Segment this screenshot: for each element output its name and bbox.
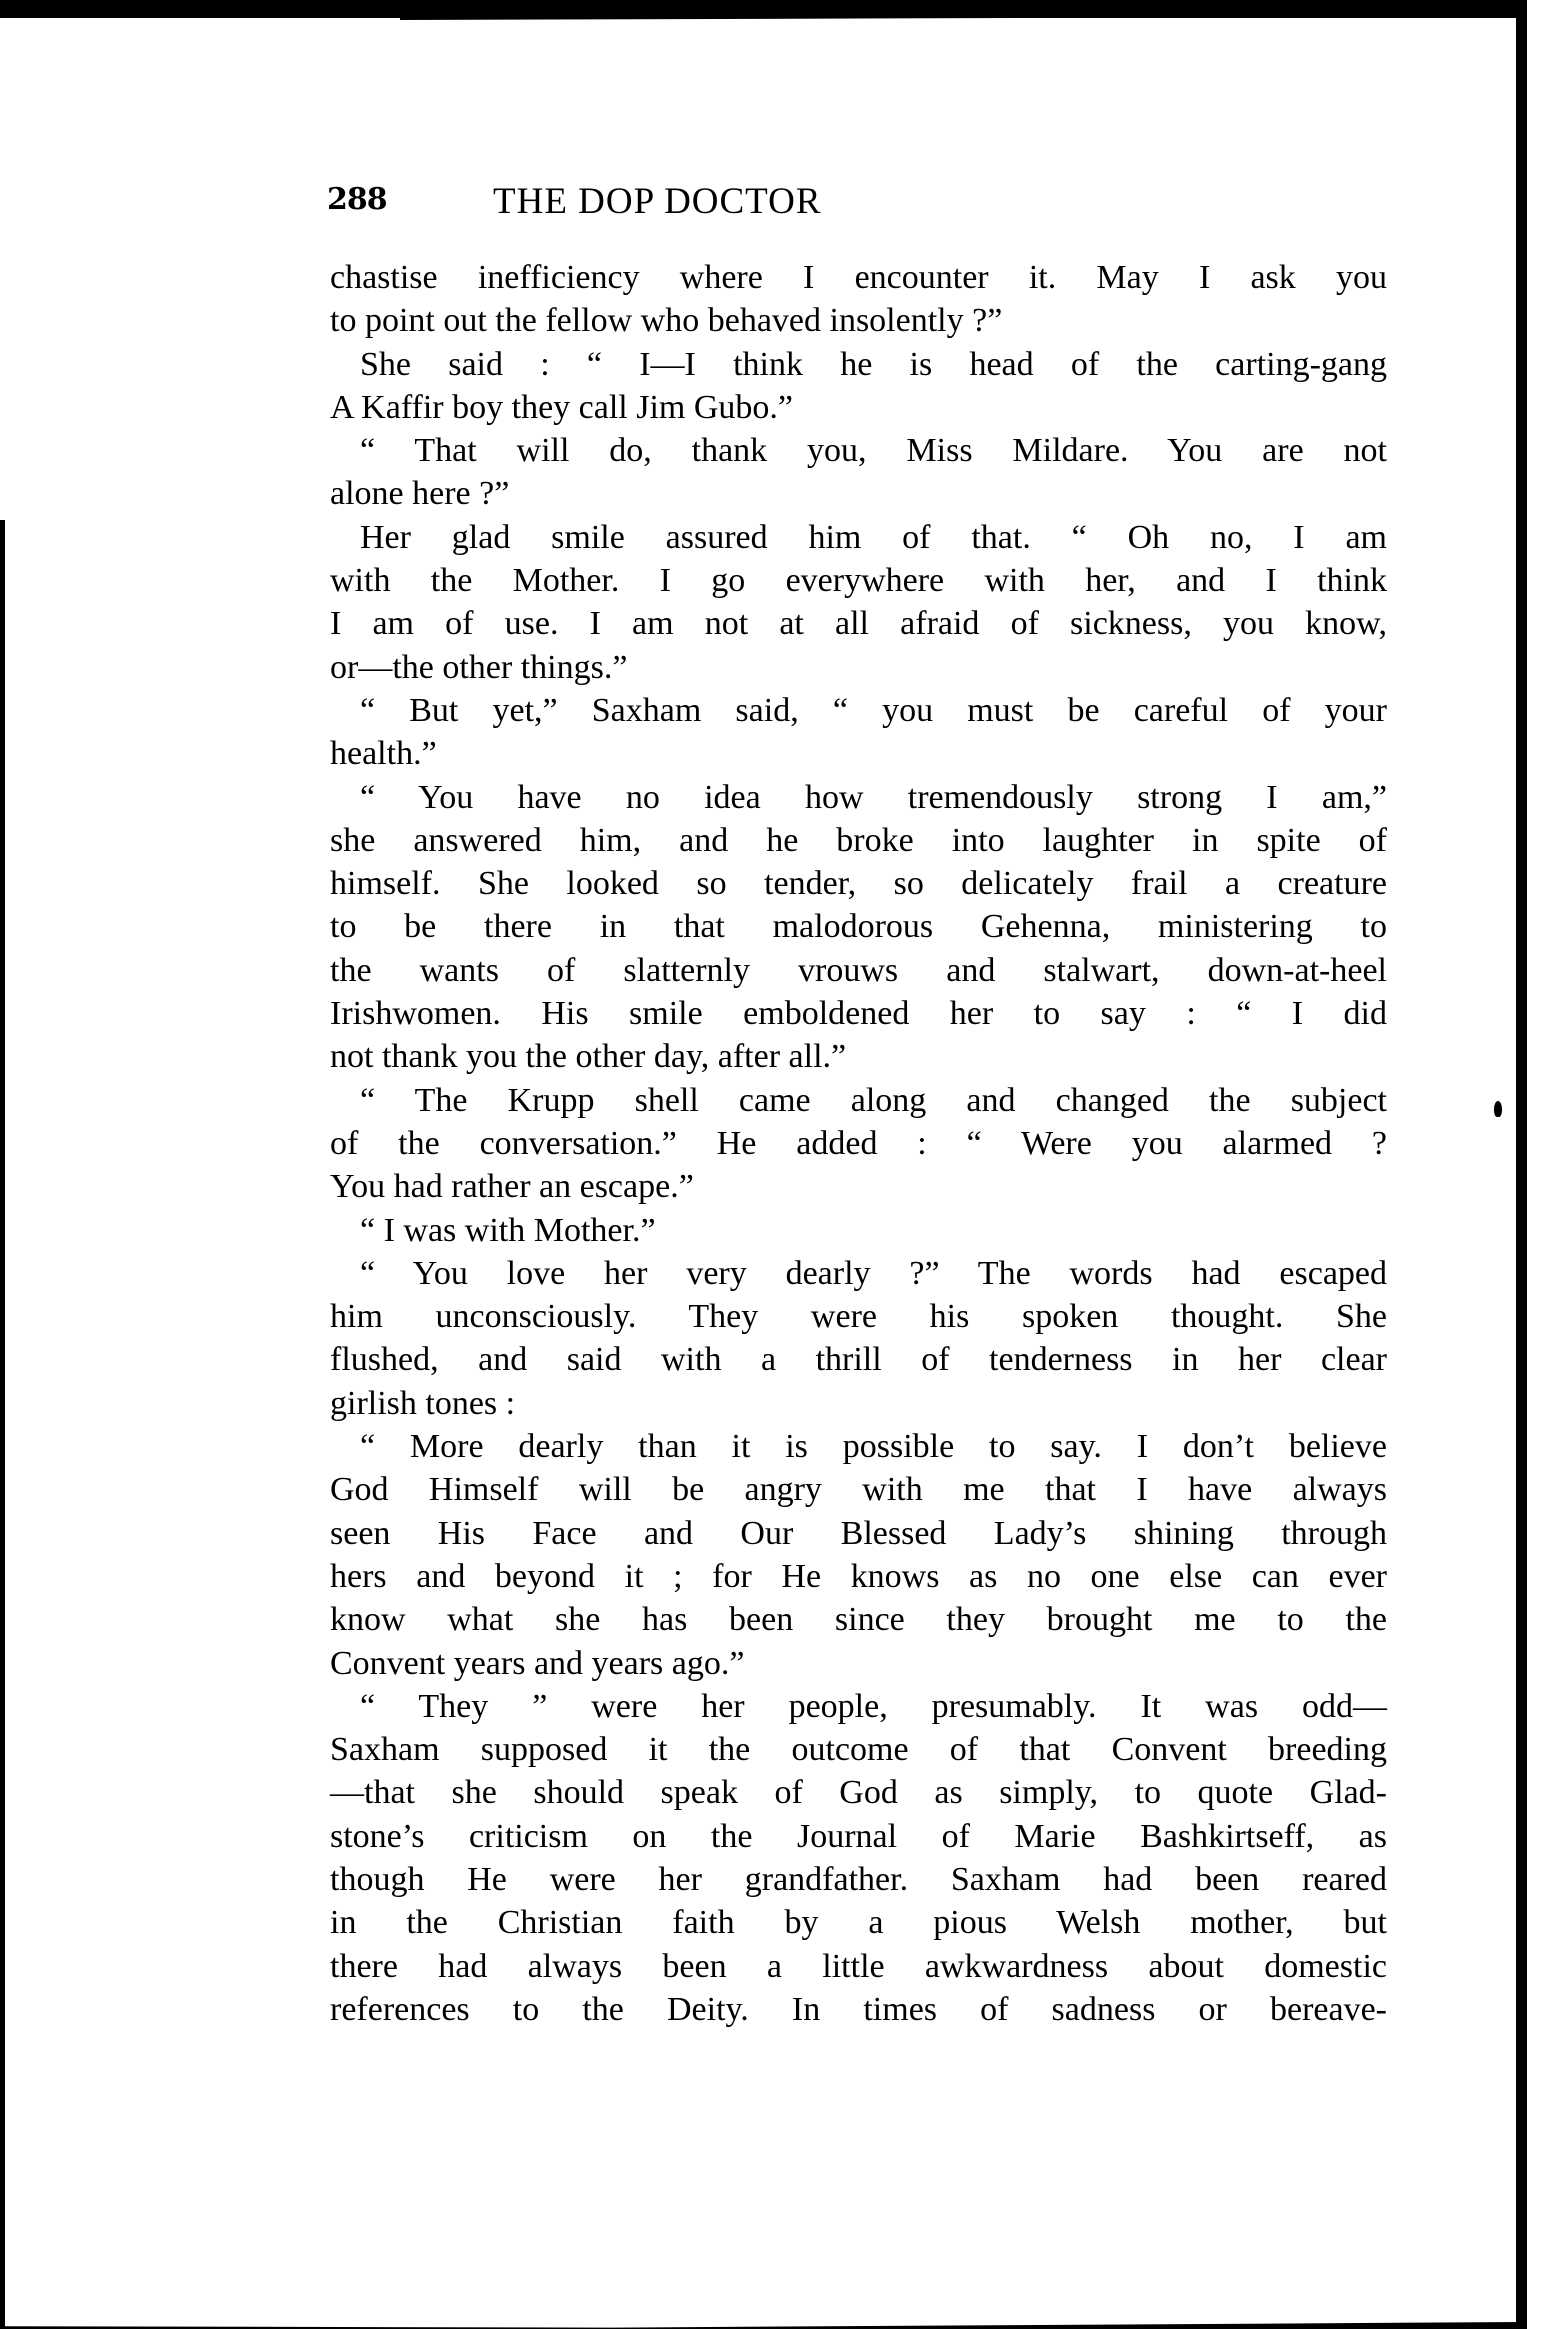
text-line: chastise inefficiency where I encounter … <box>330 256 1387 299</box>
text-line: “ That will do, thank you, Miss Mildare.… <box>330 429 1387 472</box>
text-line: him unconsciously. They were his spoken … <box>330 1295 1387 1338</box>
scan-right-border <box>1516 0 1527 2329</box>
text-line: “ The Krupp shell came along and changed… <box>330 1079 1387 1122</box>
running-head: 288 THE DOP DOCTOR <box>327 178 1387 222</box>
text-line: the wants of slatternly vrouws and stalw… <box>330 949 1387 992</box>
text-line: “ More dearly than it is possible to say… <box>330 1425 1387 1468</box>
text-line: to point out the fellow who behaved inso… <box>330 299 1387 342</box>
text-line: “ You have no idea how tremendously stro… <box>330 776 1387 819</box>
text-line: or—the other things.” <box>330 646 1387 689</box>
scan-right-margin <box>1527 0 1557 2329</box>
scan-bottom-border <box>0 2322 1527 2329</box>
text-line: A Kaffir boy they call Jim Gubo.” <box>330 386 1387 429</box>
text-line: “ But yet,” Saxham said, “ you must be c… <box>330 689 1387 732</box>
text-line: “ I was with Mother.” <box>330 1209 1387 1252</box>
scan-left-border <box>0 520 5 2329</box>
text-line: with the Mother. I go everywhere with he… <box>330 559 1387 602</box>
text-line: to be there in that malodorous Gehenna, … <box>330 905 1387 948</box>
text-line: though He were her grandfather. Saxham h… <box>330 1858 1387 1901</box>
text-line: Convent years and years ago.” <box>330 1642 1387 1685</box>
text-line: flushed, and said with a thrill of tende… <box>330 1338 1387 1381</box>
text-line: girlish tones : <box>330 1382 1387 1425</box>
text-line: I am of use. I am not at all afraid of s… <box>330 602 1387 645</box>
text-line: in the Christian faith by a pious Welsh … <box>330 1901 1387 1944</box>
book-title: THE DOP DOCTOR <box>493 180 822 223</box>
text-line: Irishwomen. His smile emboldened her to … <box>330 992 1387 1035</box>
text-line: she answered him, and he broke into laug… <box>330 819 1387 862</box>
text-line: Saxham supposed it the outcome of that C… <box>330 1728 1387 1771</box>
text-line: seen His Face and Our Blessed Lady’s shi… <box>330 1512 1387 1555</box>
text-line: “ You love her very dearly ?” The words … <box>330 1252 1387 1295</box>
text-line: She said : “ I—I think he is head of the… <box>330 343 1387 386</box>
text-line: Her glad smile assured him of that. “ Oh… <box>330 516 1387 559</box>
text-line: “ They ” were her people, presumably. It… <box>330 1685 1387 1728</box>
text-line: there had always been a little awkwardne… <box>330 1945 1387 1988</box>
text-line: God Himself will be angry with me that I… <box>330 1468 1387 1511</box>
text-line: himself. She looked so tender, so delica… <box>330 862 1387 905</box>
text-line: not thank you the other day, after all.” <box>330 1035 1387 1078</box>
text-line: —that she should speak of God as simply,… <box>330 1771 1387 1814</box>
text-line: stone’s criticism on the Journal of Mari… <box>330 1815 1387 1858</box>
text-line: of the conversation.” He added : “ Were … <box>330 1122 1387 1165</box>
page-body: chastise inefficiency where I encounter … <box>330 256 1387 2031</box>
text-line: You had rather an escape.” <box>330 1165 1387 1208</box>
text-line: alone here ?” <box>330 472 1387 515</box>
text-line: references to the Deity. In times of sad… <box>330 1988 1387 2031</box>
text-line: know what she has been since they brough… <box>330 1598 1387 1641</box>
text-line: hers and beyond it ; for He knows as no … <box>330 1555 1387 1598</box>
text-line: health.” <box>330 732 1387 775</box>
ink-speck <box>1494 1101 1502 1117</box>
page-number: 288 <box>327 182 387 217</box>
